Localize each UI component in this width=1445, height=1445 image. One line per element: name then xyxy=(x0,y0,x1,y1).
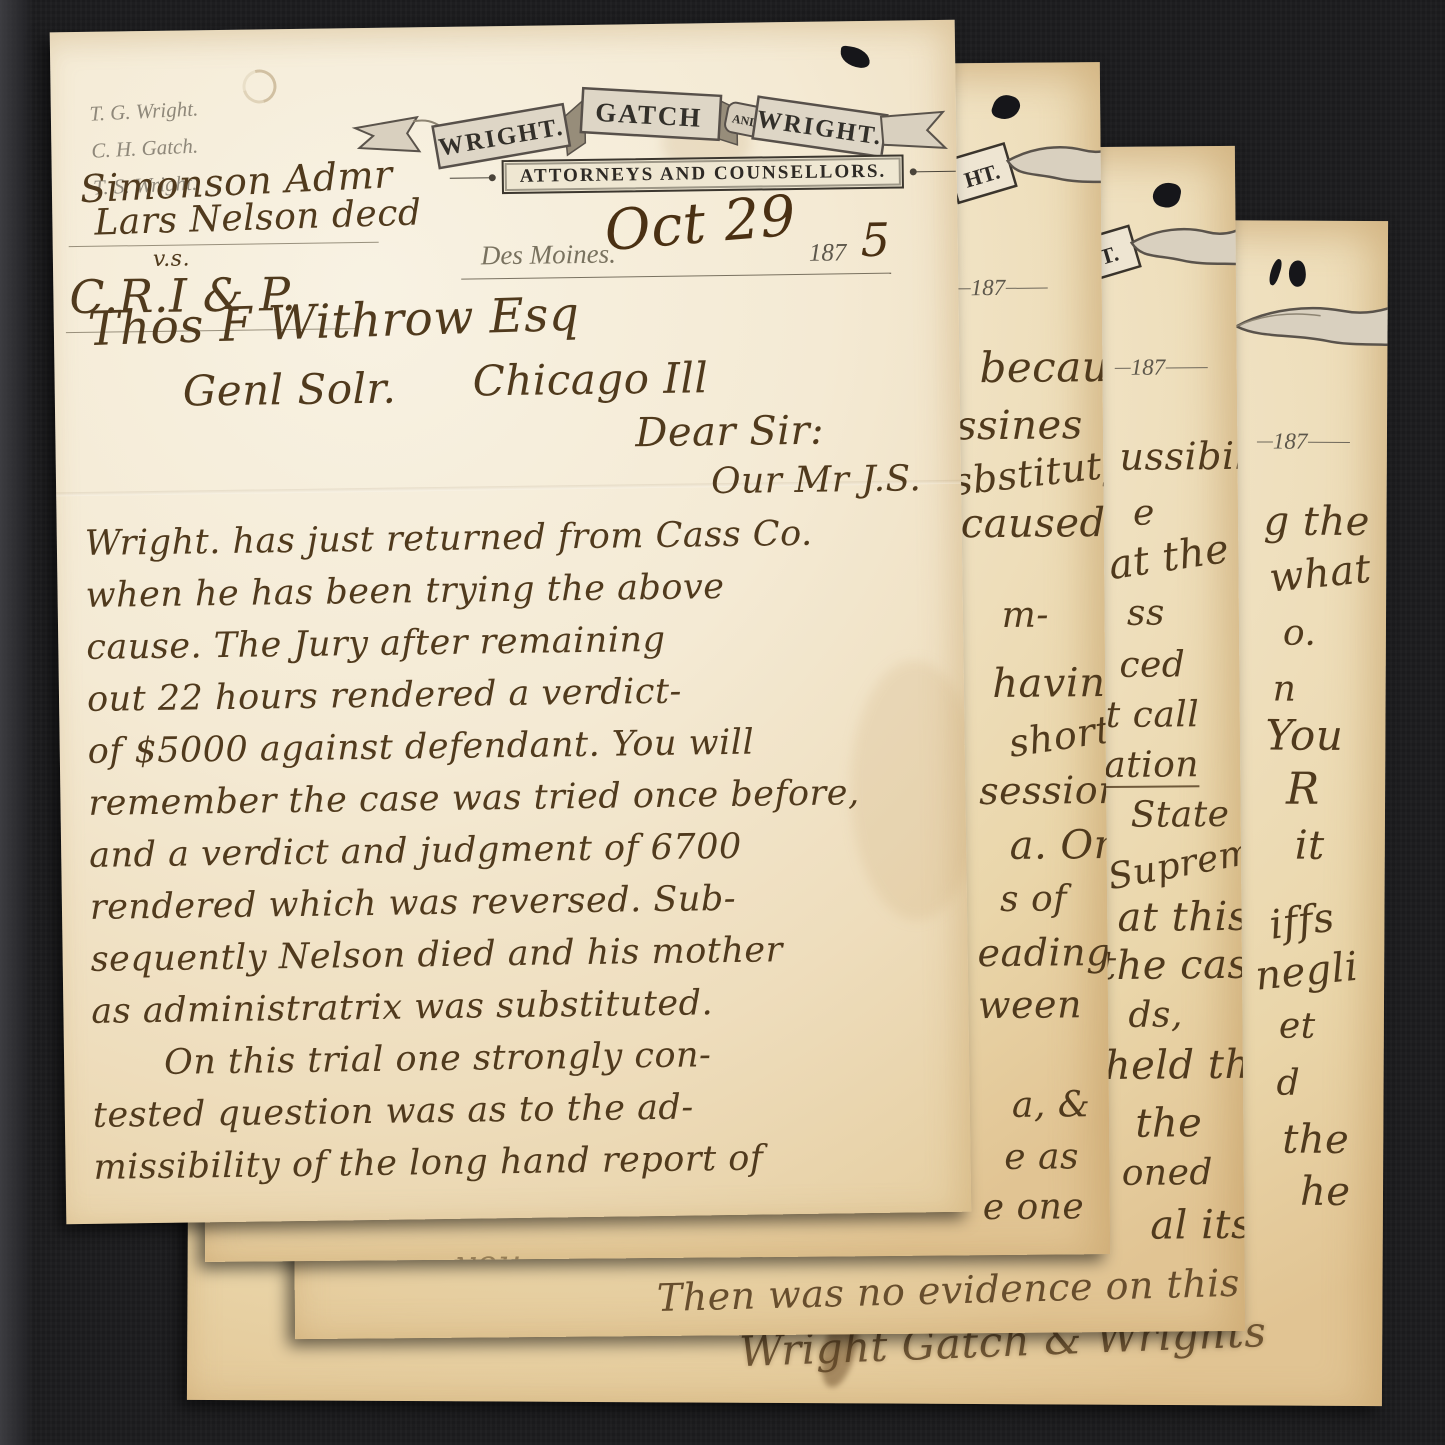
handwriting-fragment: s of xyxy=(1000,878,1067,920)
handwriting-fragment: o. xyxy=(1283,613,1317,654)
handwriting-fragment: Supreme xyxy=(1105,827,1245,898)
handwriting-fragment: at the xyxy=(1106,526,1233,589)
salutation: Dear Sir: xyxy=(635,408,824,457)
handwriting-fragment: sbstituty xyxy=(950,441,1110,504)
banner-segment-right: WRIGHT. xyxy=(753,97,888,157)
printed-year-line: 187 xyxy=(1257,428,1350,454)
handwriting-fragment: e as xyxy=(1004,1136,1079,1178)
opening-phrase: Our Mr J.S. xyxy=(711,458,922,502)
letter-sheet-1: T. G. Wright. C. H. Gatch. T. S. Wright.… xyxy=(50,20,972,1225)
handwriting-fragment: short xyxy=(1006,707,1110,766)
handwriting-fragment: You xyxy=(1265,711,1343,760)
handwriting-fragment: held the xyxy=(1105,1042,1246,1089)
printed-year: 187 xyxy=(1131,354,1166,379)
subtitle-ornament xyxy=(450,177,494,179)
handwriting-fragment: it xyxy=(1295,823,1325,869)
handwriting-fragment: ced xyxy=(1119,644,1185,686)
handwriting-fragment: t call xyxy=(1106,694,1200,736)
banner-word-center: GATCH xyxy=(595,97,704,133)
handwriting-fragment: iffs xyxy=(1267,895,1338,949)
handwriting-fragment: what xyxy=(1267,546,1373,602)
handwriting-fragment: the xyxy=(1282,1117,1349,1163)
handwriting-fragment: eading xyxy=(977,930,1110,975)
handwriting-fragment: oned xyxy=(1122,1152,1214,1194)
handwriting-fragment: you xyxy=(455,1243,522,1262)
ring-stain xyxy=(236,63,282,109)
dateline-rule xyxy=(461,273,891,280)
ribbon-tail: HT. xyxy=(947,118,1110,220)
handwriting-fragment: a, & xyxy=(1012,1084,1091,1126)
handwriting-fragment: a. On xyxy=(1009,822,1110,869)
handwriting-fragment: al its. xyxy=(1150,1202,1245,1249)
recipient-title: Genl Solr. xyxy=(182,364,396,416)
attorney-name: T. G. Wright. xyxy=(89,90,199,132)
handwriting-fragment: negli xyxy=(1253,944,1360,1000)
ribbon-tail xyxy=(1222,278,1388,379)
letter-body: Wright. has just returned from Cass Co. … xyxy=(85,506,956,1194)
banner-segment-center: GATCH xyxy=(581,88,721,140)
recipient-city: Chicago Ill xyxy=(472,353,708,405)
handwriting-fragment: caused xyxy=(961,500,1106,547)
handwriting-fragment: State xyxy=(1130,794,1229,836)
handwriting-fragment: session xyxy=(979,768,1110,813)
handwriting-fragment: because xyxy=(979,342,1110,393)
photo-stage: 187 g the what o. n You R it iffs negli … xyxy=(0,0,1445,1445)
handwriting-fragment: having xyxy=(992,660,1110,707)
handwriting-fragment: ss xyxy=(1127,593,1165,634)
handwriting-fragment: ween xyxy=(978,982,1082,1027)
printed-year: 187 xyxy=(971,275,1006,300)
handwriting-fragment: ds, xyxy=(1128,994,1183,1035)
handwriting-fragment: the xyxy=(1135,1100,1202,1147)
handwriting-fragment: g the xyxy=(1263,498,1370,545)
handwriting-fragment: e xyxy=(1133,493,1155,534)
printed-year: 187 xyxy=(1273,429,1308,454)
handwriting-fragment: m- xyxy=(1001,595,1049,636)
handwriting-fragment: the case xyxy=(1100,942,1245,990)
subtitle-text: ATTORNEYS AND COUNSELLORS. xyxy=(502,154,905,194)
handwriting-fragment: he xyxy=(1300,1169,1351,1215)
handwriting-fragment: ation xyxy=(1104,744,1199,788)
handwriting-fragment: n xyxy=(1273,669,1297,710)
handwriting-fragment: ussibility xyxy=(1119,433,1245,479)
letterhead-subtitle: ATTORNEYS AND COUNSELLORS. xyxy=(450,154,957,195)
handwriting-fragment: ssines xyxy=(956,402,1083,449)
subtitle-ornament xyxy=(912,170,956,172)
printed-year-line: 187 xyxy=(955,275,1048,302)
handwriting-fragment: e one xyxy=(983,1186,1085,1228)
bottom-line: Then was no evidence on this xyxy=(656,1261,1240,1320)
dateline-place: Des Moines. xyxy=(481,238,616,271)
printed-year-line: 187 xyxy=(1115,354,1208,381)
handwritten-year-suffix: 5 xyxy=(860,213,891,267)
handwriting-fragment: d xyxy=(1276,1063,1300,1104)
handwriting-fragment: et xyxy=(1279,1006,1316,1047)
handwriting-fragment: R xyxy=(1286,764,1320,815)
handwriting-fragment: at this xyxy=(1117,894,1245,941)
body-line: missibility of the long hand report of xyxy=(93,1130,956,1194)
printed-year: 187 xyxy=(809,239,847,268)
